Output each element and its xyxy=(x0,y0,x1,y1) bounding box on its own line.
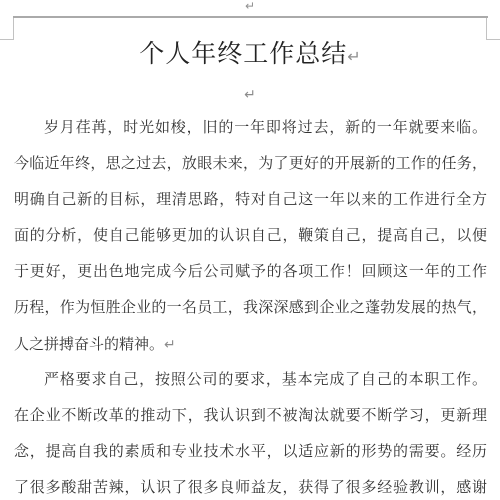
document-page: ↵ 个人年终工作总结↵ ↵ 岁月荏苒，时光如梭，旧的一年即将过去，新的一年就要来… xyxy=(0,0,500,500)
document-body: 岁月荏苒，时光如梭，旧的一年即将过去，新的一年就要来临。 今临近年终，思之过去，… xyxy=(14,110,487,500)
body-line[interactable]: 面的分析，使自己能够更加的认识自己，鞭策自己，提高自己，以便 xyxy=(14,218,487,254)
body-line[interactable]: 岁月荏苒，时光如梭，旧的一年即将过去，新的一年就要来临。 xyxy=(14,110,487,146)
body-line[interactable]: 念，提高自我的素质和专业技术水平，以适应新的形势的需要。经历 xyxy=(14,434,487,470)
body-line[interactable]: 严格要求自己，按照公司的要求，基本完成了自己的本职工作。 xyxy=(14,362,487,398)
body-line[interactable]: 了很多酸甜苦辣，认识了很多良师益友，获得了很多经验教训，感谢 xyxy=(14,470,487,500)
empty-paragraph[interactable]: ↵ xyxy=(0,82,500,107)
title-text: 个人年终工作总结 xyxy=(139,40,347,68)
body-line[interactable]: 今临近年终，思之过去，放眼未来，为了更好的开展新的工作的任务， xyxy=(14,146,487,182)
paragraph-mark-icon: ↵ xyxy=(347,49,360,66)
body-line[interactable]: 人之拼搏奋斗的精神。↵ xyxy=(14,326,487,362)
body-line[interactable]: 明确自己新的目标，理清思路，特对自己这一年以来的工作进行全方 xyxy=(14,182,487,218)
paragraph-mark-icon: ↵ xyxy=(244,86,256,102)
paragraph-mark-icon: ↵ xyxy=(164,336,176,352)
body-line[interactable]: 历程，作为恒胜企业的一名员工，我深深感到企业之蓬勃发展的热气， xyxy=(14,290,487,326)
body-line[interactable]: 于更好，更出色地完成今后公司赋予的各项工作！回顾这一年的工作 xyxy=(14,254,487,290)
body-line[interactable]: 在企业不断改革的推动下，我认识到不被淘汰就要不断学习，更新理 xyxy=(14,398,487,434)
paragraph-mark-icon: ↵ xyxy=(245,0,255,13)
document-title[interactable]: 个人年终工作总结↵ xyxy=(0,36,500,76)
page-border-top xyxy=(13,16,488,18)
line-text: 人之拼搏奋斗的精神。 xyxy=(14,336,164,353)
pilcrow-above-page: ↵ xyxy=(0,0,500,14)
